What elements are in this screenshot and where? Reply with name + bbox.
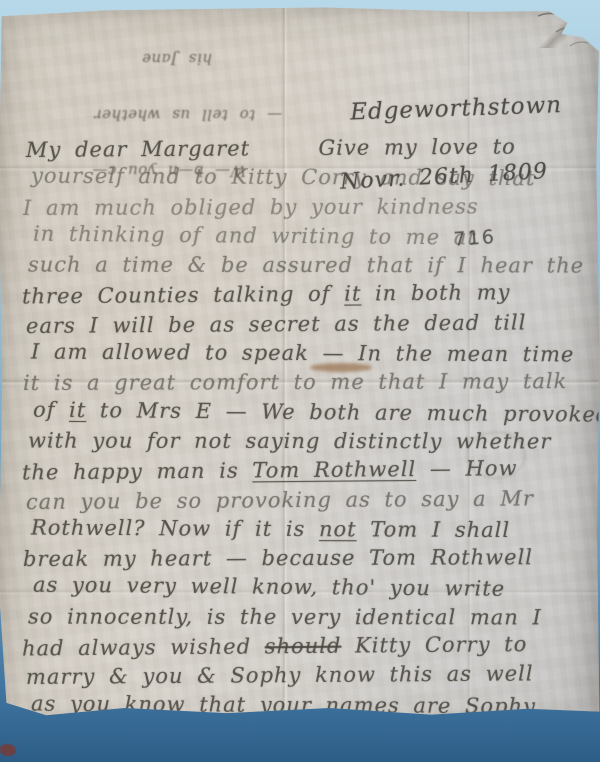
handwriting-line: ears I will be as secret as the dead til…: [26, 308, 582, 341]
handwriting-line: as you very well know, tho' you write: [33, 571, 582, 605]
handwriting-line: as you know that your names are Sophy: [31, 689, 582, 721]
handwriting-line: so innocently, is the very identical man…: [28, 602, 582, 632]
handwriting-line: I am allowed to speak — In the mean time: [31, 338, 582, 370]
handwriting-line: marry & you & Sophy know this as well: [26, 659, 582, 692]
handwriting-line: break my heart — because Tom Rothwell: [23, 543, 582, 574]
handwriting-line: of it to Mrs E — We both are much provok…: [33, 395, 582, 429]
handwriting-line: such a time & be assured that if I hear …: [28, 251, 582, 281]
torn-corner-shadow: [532, 16, 592, 48]
place-line: Edgeworthstown: [340, 92, 563, 126]
inverted-scribble-line: — to tell us whether: [24, 106, 282, 124]
red-mark: [0, 744, 16, 756]
handwriting-line: I am much obliged by your kindness: [23, 192, 582, 223]
inverted-scribble-line: his Jane: [24, 50, 212, 68]
letter-page: W— b—n you c— — to tell us whether his J…: [0, 6, 600, 738]
handwriting-line: can you be so provoking as to say a Mr: [26, 484, 582, 517]
handwriting-line: Rothwell? Now if it is not Tom I shall: [31, 513, 582, 545]
handwriting-line: the happy man is Tom Rothwell — How: [22, 454, 582, 488]
ink-flourish: [526, 8, 596, 56]
handwriting-line: yourself and to Kitty Corry and say that: [31, 162, 582, 194]
handwriting-line: three Counties talking of it in both my: [22, 278, 582, 312]
handwriting-line: it is a great comfort to me that I may t…: [23, 367, 582, 398]
photo-backdrop: W— b—n you c— — to tell us whether his J…: [0, 0, 600, 762]
handwriting-line: My dear Margaret Give my love to: [26, 132, 582, 165]
letter-body: My dear Margaret Give my love toyourself…: [26, 134, 582, 720]
handwriting-line: in thinking of and writing to me at: [33, 219, 582, 253]
handwriting-line: with you for not saying distinctly wheth…: [28, 426, 582, 456]
